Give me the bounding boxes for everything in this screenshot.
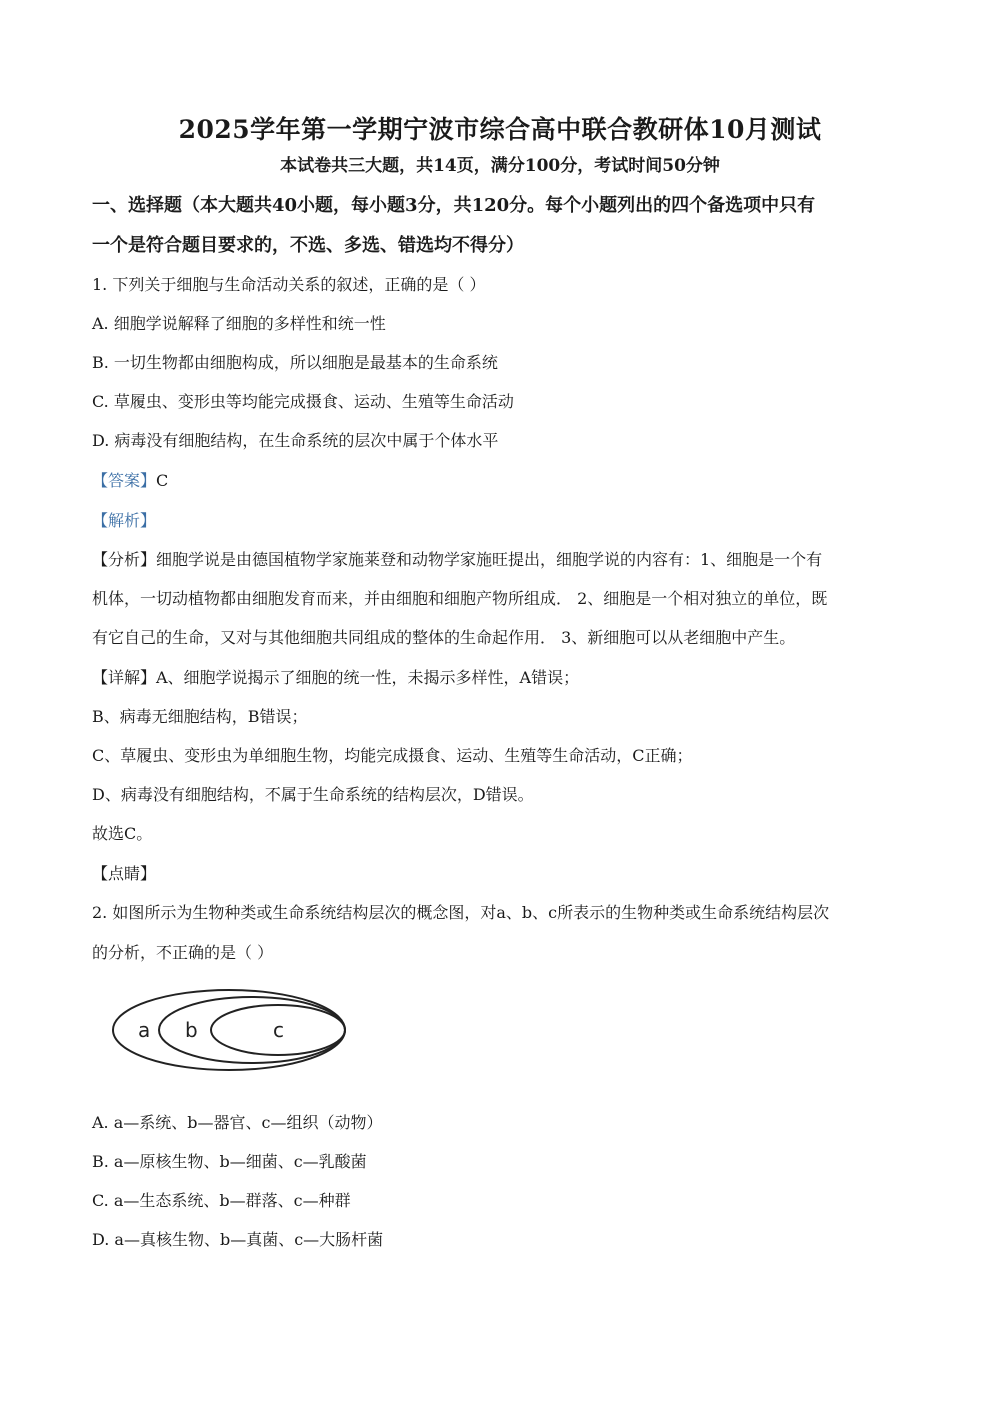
q1-stem: 1. 下列关于细胞与生命活动关系的叙述，正确的是（ ） xyxy=(92,272,485,295)
q1-xiangjie-line2: B、病毒无细胞结构，B错误； xyxy=(92,704,308,727)
q1-option-d: D. 病毒没有细胞结构，在生命系统的层次中属于个体水平 xyxy=(92,428,498,451)
q2-stem-line2: 的分析，不正确的是（ ） xyxy=(92,940,273,963)
label-b: b xyxy=(185,1018,198,1042)
section-heading-line2: 一个是符合题目要求的，不选、多选、错选均不得分） xyxy=(92,231,524,257)
q2-stem-line1: 2. 如图所示为生物种类或生命系统结构层次的概念图，对a、b、c所表示的生物种类… xyxy=(92,900,829,923)
q1-fenxi-line3: 有它自己的生命，又对与其他细胞共同组成的整体的生命起作用． 3、新细胞可以从老细… xyxy=(92,625,795,648)
q1-option-a: A. 细胞学说解释了细胞的多样性和统一性 xyxy=(92,311,386,334)
q1-xiangjie-line4: D、病毒没有细胞结构，不属于生命系统的结构层次，D错误。 xyxy=(92,782,534,805)
q2-option-d: D. a—真核生物、b—真菌、c—大肠杆菌 xyxy=(92,1227,383,1250)
q1-option-c: C. 草履虫、变形虫等均能完成摄食、运动、生殖等生命活动 xyxy=(92,389,514,412)
q2-option-b: B. a—原核生物、b—细菌、c—乳酸菌 xyxy=(92,1149,367,1172)
q1-fenxi-line1: 【分析】细胞学说是由德国植物学家施莱登和动物学家施旺提出，细胞学说的内容有：1、… xyxy=(92,547,822,570)
answer-label: 【答案】 xyxy=(92,471,156,490)
q1-answer: 【答案】C xyxy=(92,468,168,491)
label-a: a xyxy=(138,1018,150,1042)
answer-value: C xyxy=(156,471,168,490)
section-heading-line1: 一、选择题（本大题共40小题，每小题3分，共120分。每个小题列出的四个备选项中… xyxy=(92,191,815,217)
q1-option-b: B. 一切生物都由细胞构成，所以细胞是最基本的生命系统 xyxy=(92,350,498,373)
label-c: c xyxy=(273,1018,284,1042)
q1-xiangjie-line1: 【详解】A、细胞学说揭示了细胞的统一性，未揭示多样性，A错误； xyxy=(92,665,579,688)
q1-fenxi-line2: 机体，一切动植物都由细胞发育而来，并由细胞和细胞产物所组成． 2、细胞是一个相对… xyxy=(92,586,827,609)
q2-option-a: A. a—系统、b—器官、c—组织（动物） xyxy=(92,1110,382,1133)
q1-conclusion: 故选C。 xyxy=(92,821,152,844)
q1-analysis-label: 【解析】 xyxy=(92,508,156,531)
document-title: 2025学年第一学期宁波市综合高中联合教研体10月测试 xyxy=(0,110,1000,146)
q1-xiangjie-line3: C、草履虫、变形虫为单细胞生物，均能完成摄食、运动、生殖等生命活动，C正确； xyxy=(92,743,693,766)
q1-dianjing-label: 【点睛】 xyxy=(92,861,156,884)
document-subtitle: 本试卷共三大题，共14页，满分100分，考试时间50分钟 xyxy=(0,151,1000,176)
nested-ellipse-diagram: a b c xyxy=(108,985,358,1089)
q2-option-c: C. a—生态系统、b—群落、c—种群 xyxy=(92,1188,351,1211)
